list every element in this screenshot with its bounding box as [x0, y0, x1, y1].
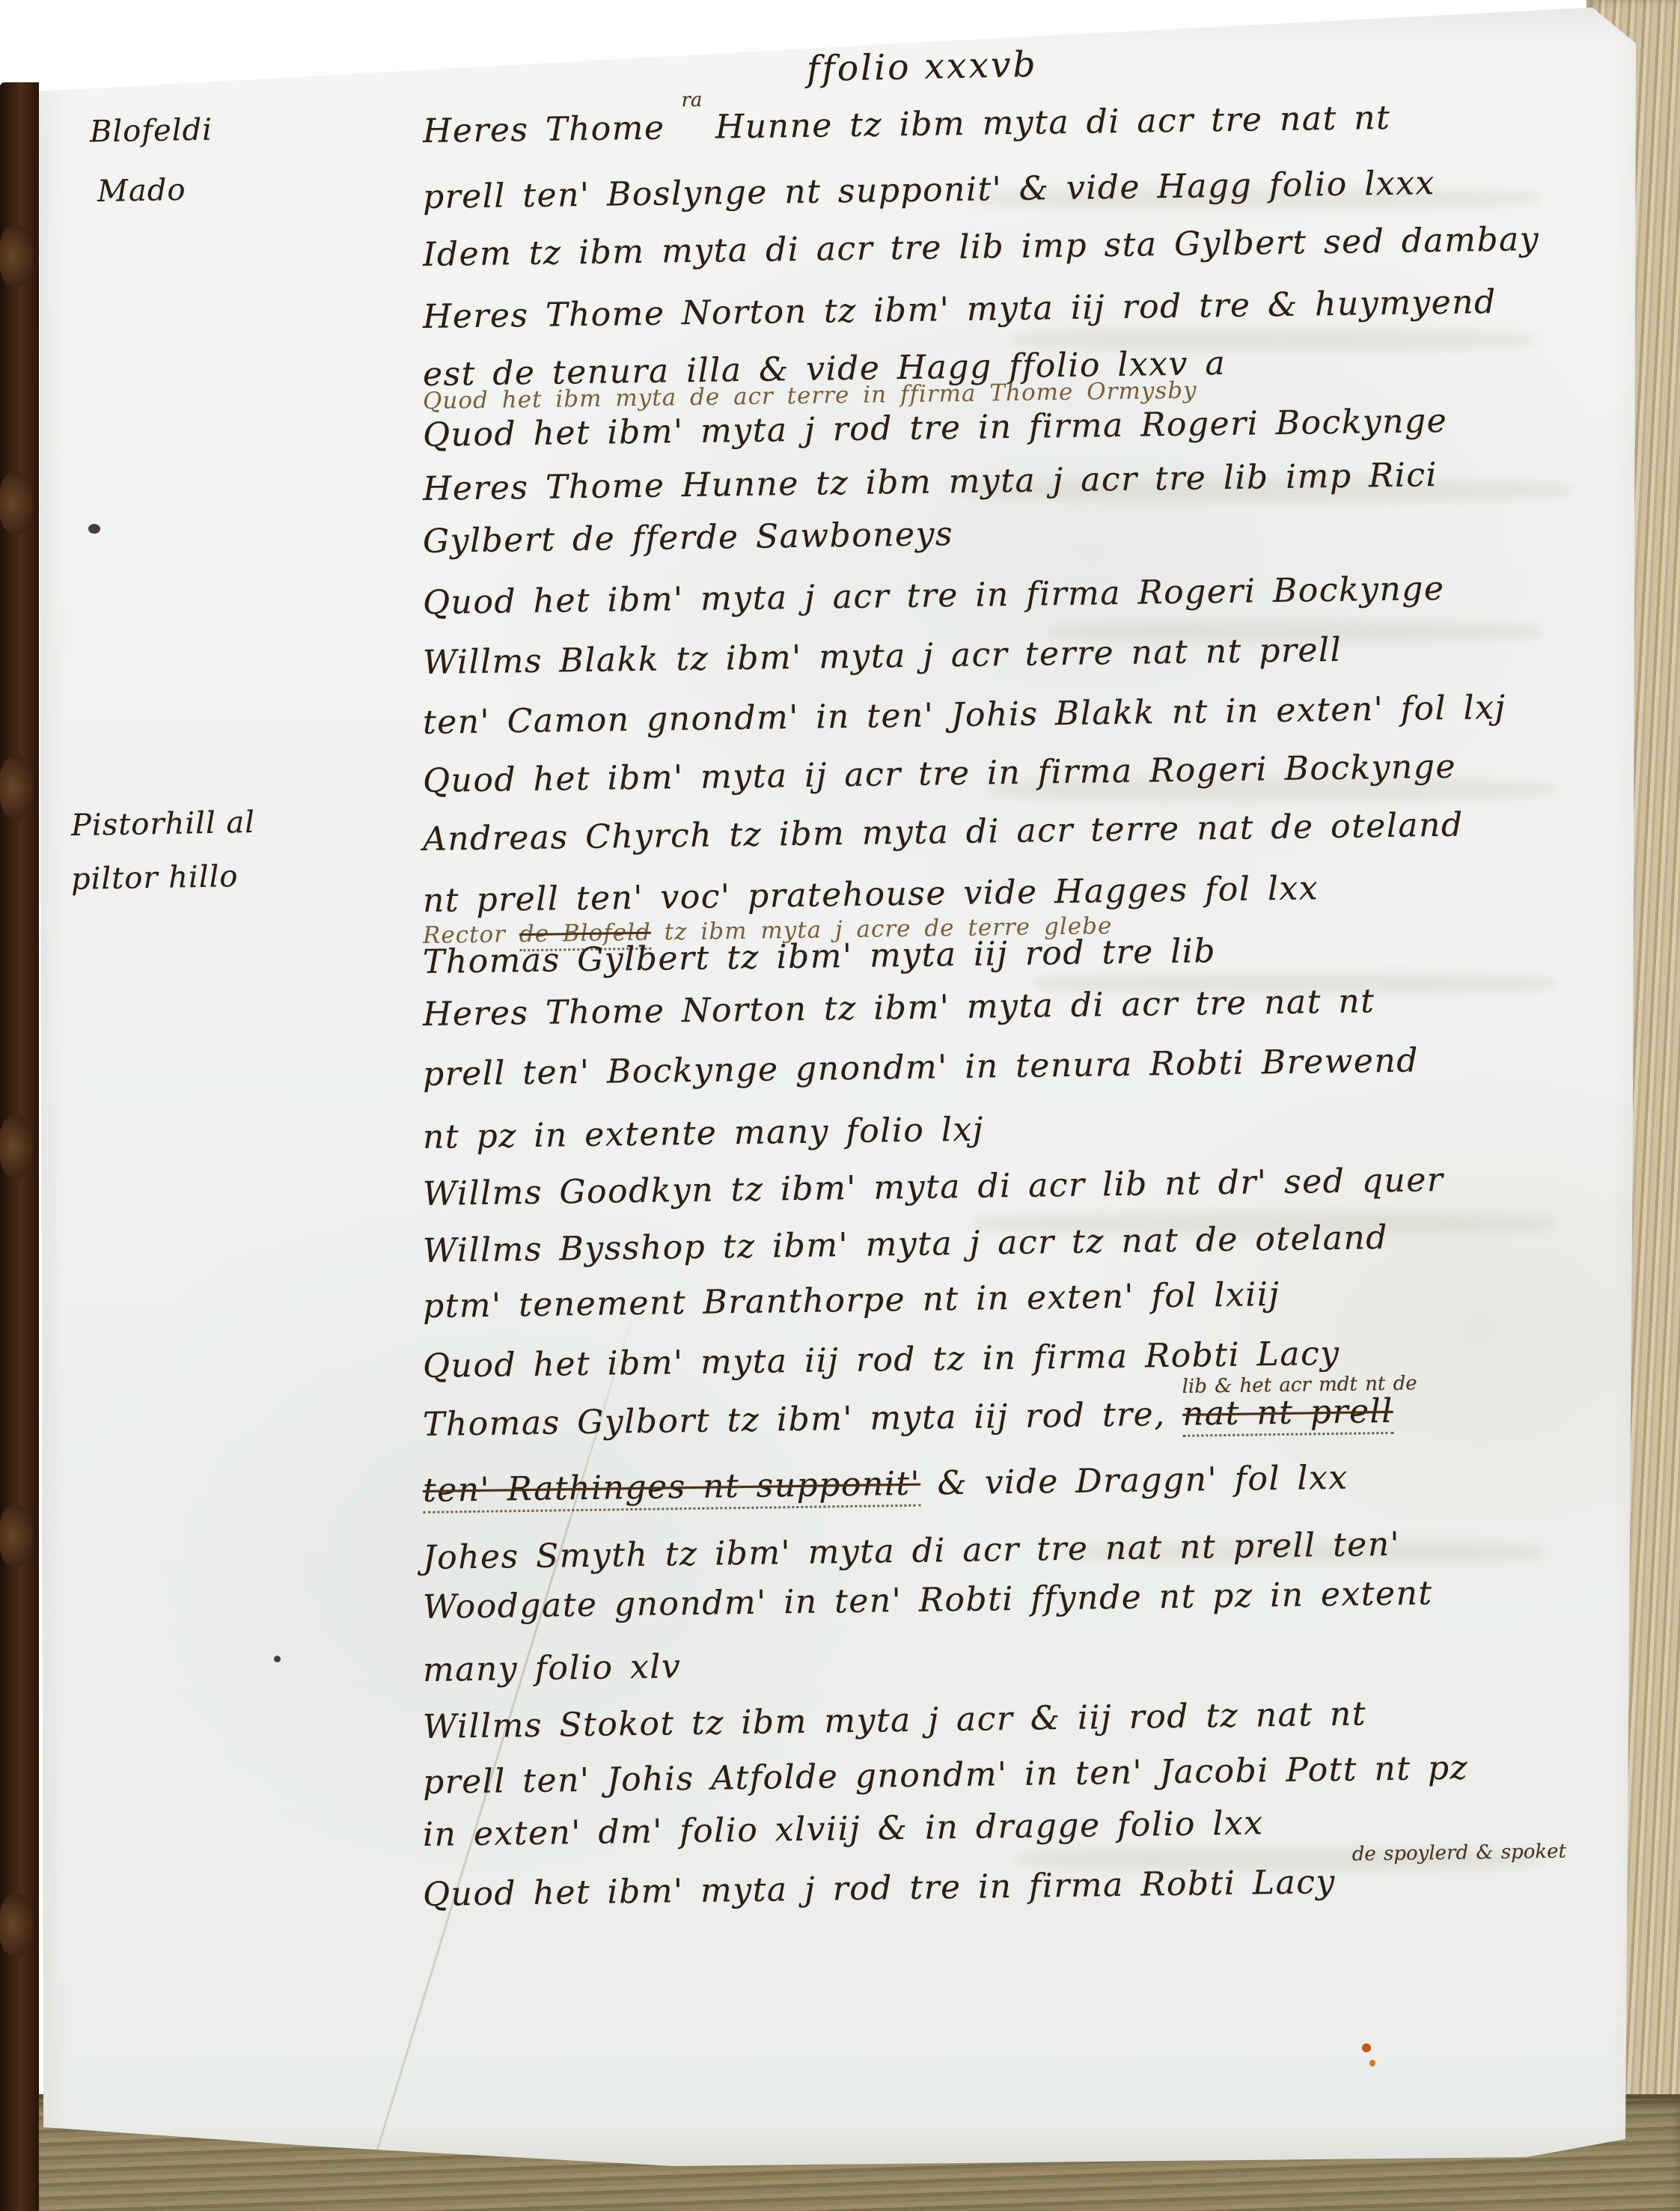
manuscript-line: Gylbert de fferde Sawboneys — [423, 515, 954, 561]
manuscript-line: Heres Thome Norton tz ibm' myta iij rod … — [423, 283, 1497, 336]
manuscript-line: in exten' dm' folio xlviij & in dragge f… — [423, 1804, 1264, 1854]
manuscript-line: Willms Goodkyn tz ibm' myta di acr lib n… — [423, 1161, 1444, 1213]
sewing-band — [0, 1504, 33, 1567]
manuscript-line: nt prell ten' voc' pratehouse vide Hagge… — [423, 869, 1319, 920]
line-text: Heres Thome — [423, 109, 665, 150]
manuscript-line: Heres Thome Norton tz ibm' myta di acr t… — [423, 982, 1375, 1034]
manuscript-line: Heres Thome Hunne tz ibm myta j acr tre … — [423, 456, 1438, 508]
manuscript-photo: + ffolio xxxvb Blofeldi Mado Pistorhill … — [0, 0, 1680, 2211]
manuscript-line: Heres Thome ra Hunne tz ibm myta di acr … — [423, 99, 1391, 150]
manuscript-line: Willms Blakk tz ibm' myta j acr terre na… — [423, 631, 1343, 682]
page-crease — [364, 1287, 642, 2190]
manuscript-line: prell ten' Johis Atfolde gnondm' in ten'… — [423, 1748, 1469, 1802]
interlinear-insertion: lib & het acr mdt nt denat nt prell — [1182, 1392, 1393, 1433]
manuscript-line: Idem tz ibm myta di acr tre lib imp sta … — [423, 220, 1540, 274]
sewing-band — [0, 756, 33, 819]
interlinear-text: de spoylerd & spoket — [1352, 1841, 1567, 1866]
interlinear-text: ra — [681, 89, 702, 112]
manuscript-line-faded: Quod het ibm myta de acr terre in ffirma… — [423, 377, 1197, 415]
ink-speck — [88, 524, 100, 534]
manuscript-line: Quod het ibm' myta j rod tre in firma Ro… — [423, 402, 1448, 454]
ink-showthrough — [988, 778, 1557, 801]
manuscript-line: Johes Smyth tz ibm' myta di acr tre nat … — [423, 1525, 1401, 1577]
line-text: & vide Draggn' fol lxx — [937, 1459, 1348, 1503]
ink-showthrough — [1010, 329, 1534, 350]
red-wax-spot — [1369, 2060, 1375, 2067]
margin-note-line: Mado — [97, 173, 186, 209]
sewing-band — [0, 1894, 33, 1957]
manuscript-line: Woodgate gnondm' in ten' Robti ffynde nt… — [423, 1574, 1433, 1626]
manuscript-line-faded: Rector de Blofeld tz ibm myta j acre de … — [423, 912, 1113, 949]
struck-text: nat nt prell — [1182, 1392, 1393, 1437]
manuscript-page: + ffolio xxxvb Blofeldi Mado Pistorhill … — [0, 0, 1680, 2211]
interlinear-text: lib & het acr mdt nt de — [1182, 1373, 1417, 1398]
ink-showthrough — [973, 1213, 1557, 1235]
manuscript-line: Willms Bysshop tz ibm' myta j acr tz nat… — [423, 1219, 1389, 1270]
manuscript-line: ten' Camon gnondm' in ten' Johis Blakk n… — [423, 689, 1506, 742]
manuscript-line: Quod het ibm' myta ij acr tre in firma R… — [423, 748, 1457, 800]
sewing-band — [0, 1115, 33, 1178]
margin-note-line: piltor hillo — [71, 859, 239, 897]
ink-showthrough — [1033, 973, 1557, 994]
manuscript-line: nt pz in extente many folio lxj — [423, 1111, 985, 1156]
ink-showthrough — [1048, 621, 1542, 642]
ink-speck — [274, 1656, 281, 1662]
ink-showthrough — [973, 187, 1542, 210]
line-text: Rector — [423, 921, 506, 949]
manuscript-line: ptm' tenement Branthorpe nt in exten' fo… — [423, 1275, 1280, 1326]
red-wax-spot — [1362, 2043, 1371, 2052]
sewing-band — [0, 472, 33, 534]
book-spine — [0, 82, 39, 2211]
ink-showthrough — [1063, 1542, 1542, 1563]
folio-heading: ffolio xxxvb — [806, 44, 1038, 90]
sewing-band — [0, 225, 33, 287]
collation-cross-mark: + — [263, 27, 286, 58]
interlinear-insertion: ra — [682, 109, 699, 147]
manuscript-line: Quod het ibm' myta iij rod tz in firma R… — [423, 1335, 1340, 1385]
line-text: Quod het ibm' myta j rod tre in firma Ro… — [423, 1863, 1336, 1914]
line-text: Thomas Gylbort tz ibm' myta iij rod tre, — [423, 1395, 1166, 1444]
interlinear-insertion: de spoylerd & spoket — [1352, 1862, 1369, 1900]
manuscript-line: prell ten' Boslynge nt supponit' & vide … — [423, 164, 1435, 216]
margin-note-line: Pistorhill al — [71, 805, 256, 843]
line-text: Hunne tz ibm myta di acr tre nat nt — [715, 99, 1391, 147]
manuscript-line: Willms Stokot tz ibm myta j acr & iij ro… — [423, 1695, 1367, 1746]
manuscript-line: Andreas Chyrch tz ibm myta di acr terre … — [423, 806, 1464, 859]
manuscript-line: Quod het ibm' myta j acr tre in firma Ro… — [423, 570, 1445, 622]
struck-text: de Blofeld — [519, 919, 652, 951]
manuscript-line: many folio xlv — [423, 1647, 682, 1689]
margin-note-line: Blofeldi — [90, 113, 213, 150]
manuscript-line: prell ten' Bockynge gnondm' in tenura Ro… — [423, 1041, 1420, 1094]
manuscript-line: Thomas Gylbort tz ibm' myta iij rod tre,… — [423, 1392, 1393, 1444]
manuscript-line: ten' Rathinges nt supponit' & vide Dragg… — [423, 1459, 1348, 1510]
line-text: tz ibm myta j acre de terre glebe — [664, 912, 1112, 945]
struck-text: ten' Rathinges nt supponit' — [423, 1465, 921, 1513]
manuscript-line: Thomas Gylbert tz ibm' myta iij rod tre … — [423, 932, 1217, 981]
ink-showthrough — [1018, 1849, 1542, 1870]
manuscript-line: Quod het ibm' myta j rod tre in firma Ro… — [423, 1862, 1369, 1914]
manuscript-line: est de tenura illa & vide Hagg ffolio lx… — [423, 344, 1227, 394]
ink-showthrough — [958, 479, 1571, 501]
